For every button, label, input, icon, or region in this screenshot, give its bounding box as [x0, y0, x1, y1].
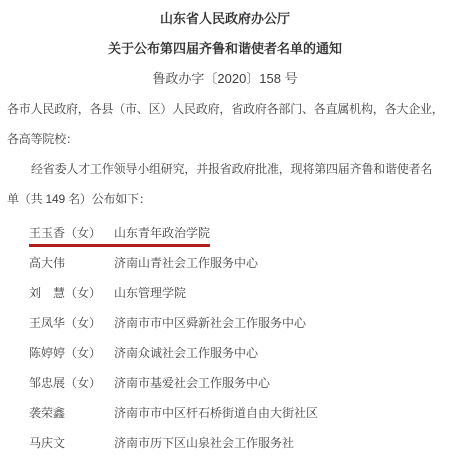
recipient-org: 济南市市中区舜新社会工作服务中心 [114, 316, 306, 330]
recipient-org: 山东青年政治学院 [114, 226, 210, 240]
list-item: 刘 慧（女）山东管理学院 [7, 278, 443, 308]
recipient-org: 济南市历下区山泉社会工作服务社 [114, 436, 294, 450]
salutation-line-1: 各市人民政府，各县（市、区）人民政府，省政府各部门、各直属机构，各大企业， [7, 94, 443, 124]
recipient-org: 济南山青社会工作服务中心 [114, 256, 258, 270]
recipient-name: 高大伟 [29, 248, 114, 278]
list-item: 陈婷婷（女）济南众诚社会工作服务中心 [7, 338, 443, 368]
recipient-org: 济南市基爱社会工作服务中心 [114, 376, 270, 390]
recipient-list: 王玉香（女）山东青年政治学院 高大伟济南山青社会工作服务中心 刘 慧（女）山东管… [7, 218, 443, 458]
recipient-name: 邹忠展（女） [29, 368, 114, 398]
list-item: 高大伟济南山青社会工作服务中心 [7, 248, 443, 278]
recipient-name: 王凤华（女） [29, 308, 114, 338]
document-subject-title: 关于公布第四届齐鲁和谐使者名单的通知 [7, 34, 443, 64]
document-issuer-title: 山东省人民政府办公厅 [7, 4, 443, 34]
recipient-name: 陈婷婷（女） [29, 338, 114, 368]
list-item: 王凤华（女）济南市市中区舜新社会工作服务中心 [7, 308, 443, 338]
recipient-name: 王玉香（女） [29, 226, 114, 241]
recipient-name: 袭荣鑫 [29, 398, 114, 428]
salutation-line-2: 各高等院校： [7, 124, 443, 154]
recipient-name: 刘 慧（女） [29, 278, 114, 308]
document-number: 鲁政办字〔2020〕158 号 [7, 64, 443, 94]
list-item: 马庆文济南市历下区山泉社会工作服务社 [7, 428, 443, 458]
intro-paragraph-line-1: 经省委人才工作领导小组研究，并报省政府批准，现将第四届齐鲁和谐使者名 [7, 154, 443, 184]
list-item: 袭荣鑫济南市市中区杆石桥街道自由大街社区 [7, 398, 443, 428]
recipient-org: 济南市市中区杆石桥街道自由大街社区 [114, 406, 318, 420]
highlighted-entry-underline: 王玉香（女）山东青年政治学院 [29, 226, 210, 247]
recipient-org: 济南众诚社会工作服务中心 [114, 346, 258, 360]
notice-document: 山东省人民政府办公厅 关于公布第四届齐鲁和谐使者名单的通知 鲁政办字〔2020〕… [0, 0, 450, 461]
recipient-org: 山东管理学院 [114, 286, 186, 300]
list-item-highlighted: 王玉香（女）山东青年政治学院 [7, 218, 443, 248]
recipient-name: 马庆文 [29, 428, 114, 458]
list-item: 邹忠展（女）济南市基爱社会工作服务中心 [7, 368, 443, 398]
intro-paragraph-line-2: 单（共 149 名）公布如下： [7, 184, 443, 214]
